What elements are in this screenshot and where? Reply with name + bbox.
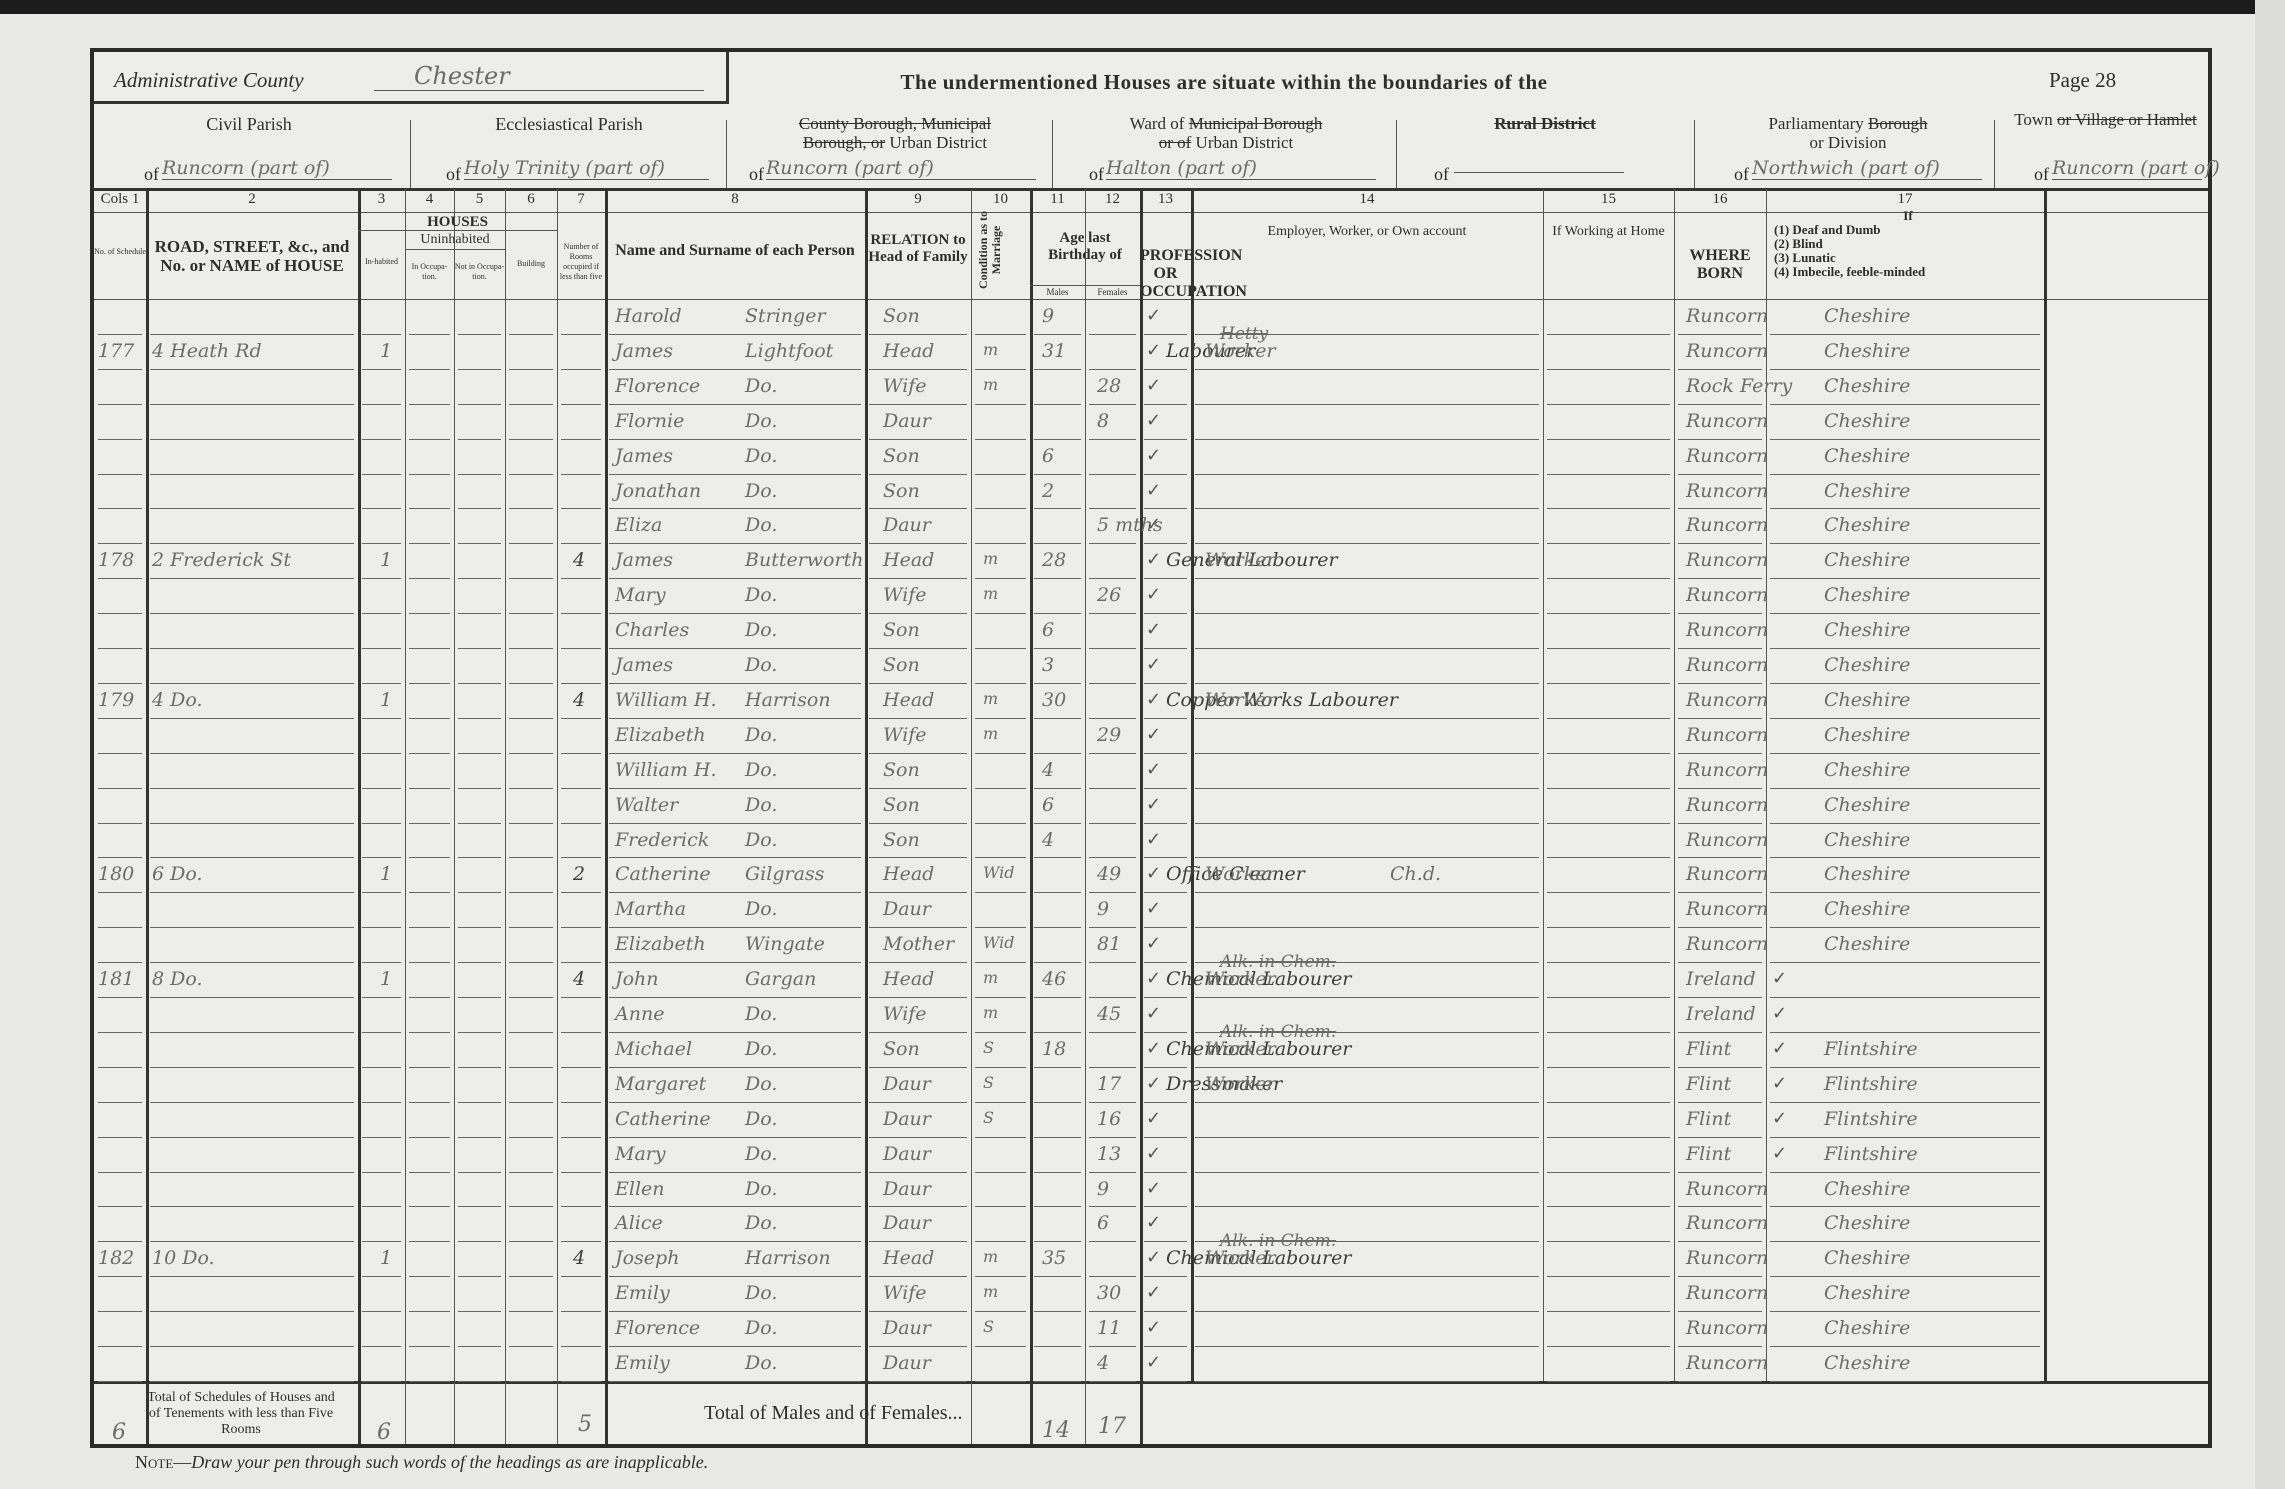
row-divider bbox=[975, 1276, 1026, 1277]
county-borough-value: Runcorn (part of) bbox=[766, 157, 1036, 180]
cell-surname: Do. bbox=[745, 514, 777, 536]
cell-male: 4 bbox=[1042, 759, 1054, 781]
row-divider bbox=[362, 1102, 401, 1103]
cell-cond: m bbox=[983, 549, 998, 568]
cell-infirm: ✓ bbox=[1772, 1143, 1787, 1164]
column-number: 13 bbox=[1140, 191, 1191, 208]
cell-female: 16 bbox=[1097, 1108, 1121, 1130]
header-name: Name and Surname of each Person bbox=[605, 242, 865, 260]
cell-male: 4 bbox=[1042, 829, 1054, 851]
header-road-street: ROAD, STREET, &c., and No. or NAME of HO… bbox=[146, 237, 358, 275]
column-number: 11 bbox=[1030, 191, 1085, 208]
divider bbox=[1994, 120, 1995, 188]
row-divider bbox=[1144, 788, 1187, 789]
tick-icon: ✓ bbox=[1146, 445, 1161, 466]
row-divider bbox=[1770, 1241, 2040, 1242]
row-divider bbox=[150, 962, 354, 963]
row-divider bbox=[362, 474, 401, 475]
row-divider bbox=[1770, 997, 2040, 998]
row-divider bbox=[1678, 404, 1762, 405]
row-divider bbox=[1547, 1346, 1670, 1347]
row-divider bbox=[1678, 892, 1762, 893]
cell-inhab: 1 bbox=[380, 549, 392, 571]
census-form: Administrative County Chester The underm… bbox=[90, 48, 2212, 1448]
cell-name: Mary bbox=[615, 1143, 666, 1165]
cell-male: 28 bbox=[1042, 549, 1066, 571]
cell-relation: Son bbox=[883, 305, 920, 327]
cell-surname: Do. bbox=[745, 654, 777, 676]
cell-sched: 179 bbox=[98, 689, 134, 711]
parliamentary-value: Northwich (part of) bbox=[1752, 157, 1982, 180]
row-divider bbox=[1034, 1137, 1081, 1138]
tick-icon: ✓ bbox=[1146, 654, 1161, 675]
header-age: Age last Birthday of bbox=[1030, 230, 1140, 264]
cell-born_county: Cheshire bbox=[1824, 375, 1910, 397]
row-divider bbox=[869, 1137, 967, 1138]
cell-female: 30 bbox=[1097, 1282, 1121, 1304]
row-divider bbox=[150, 718, 354, 719]
cell-surname: Do. bbox=[745, 1108, 777, 1130]
row-divider bbox=[869, 997, 967, 998]
row-divider bbox=[609, 1241, 861, 1242]
row-divider bbox=[1034, 892, 1081, 893]
row-divider bbox=[1195, 404, 1539, 405]
cell-born_county: Cheshire bbox=[1824, 933, 1910, 955]
cell-surname: Do. bbox=[745, 829, 777, 851]
admin-county-value: Chester bbox=[374, 62, 704, 91]
row-divider bbox=[1770, 474, 2040, 475]
cell-surname: Do. bbox=[745, 619, 777, 641]
cell-born_county: Cheshire bbox=[1824, 898, 1910, 920]
row-divider bbox=[98, 1102, 142, 1103]
cell-born_county: Cheshire bbox=[1824, 514, 1910, 536]
row-divider bbox=[150, 1346, 354, 1347]
ward-label: Ward of Municipal Borough or of Urban Di… bbox=[1056, 114, 1396, 152]
row-divider bbox=[98, 648, 142, 649]
row-divider bbox=[98, 683, 142, 684]
row-divider bbox=[1547, 578, 1670, 579]
row-divider bbox=[1195, 613, 1539, 614]
cell-sched: 180 bbox=[98, 863, 134, 885]
row-divider bbox=[362, 648, 401, 649]
cell-male: 6 bbox=[1042, 619, 1054, 641]
tick-icon: ✓ bbox=[1146, 1247, 1161, 1268]
row-divider bbox=[869, 613, 967, 614]
row-divider bbox=[561, 1381, 601, 1382]
row-divider bbox=[98, 1276, 142, 1277]
row-divider bbox=[1547, 823, 1670, 824]
cell-cond: S bbox=[983, 1073, 994, 1092]
row-divider bbox=[150, 857, 354, 858]
row-divider bbox=[609, 334, 861, 335]
row-divider bbox=[1195, 578, 1539, 579]
divider bbox=[410, 120, 411, 188]
row-divider bbox=[409, 753, 450, 754]
row-divider bbox=[1144, 439, 1187, 440]
row-divider bbox=[561, 997, 601, 998]
tick-icon: ✓ bbox=[1146, 898, 1161, 919]
row-divider bbox=[1034, 334, 1081, 335]
cell-sched: 181 bbox=[98, 968, 134, 990]
row-divider bbox=[458, 1172, 501, 1173]
cell-born_county: Cheshire bbox=[1824, 480, 1910, 502]
row-divider bbox=[561, 1241, 601, 1242]
tick-icon: ✓ bbox=[1146, 863, 1161, 884]
row-divider bbox=[1547, 613, 1670, 614]
division-text: or Division bbox=[1810, 133, 1887, 152]
row-divider bbox=[1089, 1346, 1136, 1347]
cell-address: 2 Frederick St bbox=[152, 549, 291, 571]
cell-born_place: Runcorn bbox=[1686, 794, 1768, 816]
tick-icon: ✓ bbox=[1146, 829, 1161, 850]
row-divider bbox=[1770, 1381, 2040, 1382]
cell-relation: Daur bbox=[883, 1212, 931, 1234]
row-divider bbox=[150, 404, 354, 405]
row-divider bbox=[1195, 997, 1539, 998]
cell-surname: Do. bbox=[745, 1212, 777, 1234]
row-divider bbox=[869, 508, 967, 509]
row-divider bbox=[409, 334, 450, 335]
row-divider bbox=[609, 1172, 861, 1173]
row-divider bbox=[1089, 718, 1136, 719]
row-divider bbox=[98, 474, 142, 475]
row-divider bbox=[609, 718, 861, 719]
cell-name: Walter bbox=[615, 794, 678, 816]
infirmity-item: (4) Imbecile, feeble-minded bbox=[1774, 265, 2042, 279]
row-divider bbox=[869, 962, 967, 963]
row-divider bbox=[1195, 823, 1539, 824]
cell-address: 8 Do. bbox=[152, 968, 203, 990]
row-divider bbox=[150, 578, 354, 579]
row-divider bbox=[609, 474, 861, 475]
row-divider bbox=[609, 683, 861, 684]
cell-infirm: ✓ bbox=[1772, 1038, 1787, 1059]
row-divider bbox=[1144, 1241, 1187, 1242]
row-divider bbox=[1195, 1276, 1539, 1277]
cell-born_place: Runcorn bbox=[1686, 480, 1768, 502]
row-divider bbox=[1770, 857, 2040, 858]
cell-born_county: Cheshire bbox=[1824, 1212, 1910, 1234]
row-divider bbox=[975, 334, 1026, 335]
row-divider bbox=[1195, 718, 1539, 719]
row-divider bbox=[409, 1137, 450, 1138]
row-divider bbox=[509, 927, 553, 928]
row-divider bbox=[458, 508, 501, 509]
row-divider bbox=[409, 648, 450, 649]
tick-icon: ✓ bbox=[1146, 1352, 1161, 1373]
column-number: Cols 1 bbox=[94, 191, 146, 208]
row-divider bbox=[98, 1346, 142, 1347]
county-borough-struck-text-2: Borough, or bbox=[803, 133, 885, 152]
row-divider bbox=[1144, 508, 1187, 509]
cell-born_place: Runcorn bbox=[1686, 863, 1768, 885]
cell-emp: Worker bbox=[1205, 340, 1276, 362]
row-divider bbox=[409, 474, 450, 475]
cell-relation: Wife bbox=[883, 1282, 927, 1304]
cell-born_county: Cheshire bbox=[1824, 619, 1910, 641]
cell-born_county: Cheshire bbox=[1824, 305, 1910, 327]
divider bbox=[1030, 285, 1140, 286]
cell-name: James bbox=[615, 549, 673, 571]
row-divider bbox=[458, 1137, 501, 1138]
row-divider bbox=[975, 997, 1026, 998]
row-divider bbox=[609, 369, 861, 370]
tick-icon: ✓ bbox=[1146, 375, 1161, 396]
row-divider bbox=[1547, 927, 1670, 928]
cell-name: Elizabeth bbox=[615, 724, 706, 746]
row-divider bbox=[1678, 648, 1762, 649]
row-divider bbox=[362, 578, 401, 579]
column-divider bbox=[358, 189, 361, 1444]
row-divider bbox=[975, 1067, 1026, 1068]
cell-occ: Copper Works Labourer bbox=[1166, 689, 1398, 711]
row-divider bbox=[1547, 404, 1670, 405]
column-number: 3 bbox=[358, 191, 405, 208]
row-divider bbox=[1770, 369, 2040, 370]
row-divider bbox=[1089, 927, 1136, 928]
row-divider bbox=[1144, 1102, 1187, 1103]
row-divider bbox=[1547, 1102, 1670, 1103]
cell-cond: m bbox=[983, 375, 998, 394]
row-divider bbox=[869, 1381, 967, 1382]
row-divider bbox=[1144, 1067, 1187, 1068]
cell-surname: Gargan bbox=[745, 968, 816, 990]
cell-born_place: Runcorn bbox=[1686, 549, 1768, 571]
header-females: Females bbox=[1085, 287, 1140, 298]
row-divider bbox=[1089, 892, 1136, 893]
row-divider bbox=[561, 543, 601, 544]
cell-male: 2 bbox=[1042, 480, 1054, 502]
row-divider bbox=[98, 439, 142, 440]
row-divider bbox=[1034, 1311, 1081, 1312]
cell-surname: Do. bbox=[745, 480, 777, 502]
cell-name: Anne bbox=[615, 1003, 664, 1025]
cell-born_place: Runcorn bbox=[1686, 305, 1768, 327]
cell-name: John bbox=[615, 968, 659, 990]
row-divider bbox=[1770, 613, 2040, 614]
row-divider bbox=[362, 1311, 401, 1312]
row-divider bbox=[150, 1276, 354, 1277]
column-number: 4 bbox=[405, 191, 454, 208]
row-divider bbox=[1770, 927, 2040, 928]
cell-female: 29 bbox=[1097, 724, 1121, 746]
totals-inhabited: 6 bbox=[377, 1420, 391, 1445]
row-divider bbox=[409, 543, 450, 544]
row-divider bbox=[1144, 962, 1187, 963]
row-divider bbox=[1547, 962, 1670, 963]
cell-relation: Head bbox=[883, 968, 934, 990]
row-divider bbox=[1547, 1032, 1670, 1033]
row-divider bbox=[98, 718, 142, 719]
row-divider bbox=[609, 1311, 861, 1312]
row-divider bbox=[1144, 927, 1187, 928]
row-divider bbox=[458, 578, 501, 579]
row-divider bbox=[1678, 613, 1762, 614]
row-divider bbox=[1089, 857, 1136, 858]
row-divider bbox=[1089, 823, 1136, 824]
row-divider bbox=[1195, 439, 1539, 440]
row-divider bbox=[1089, 997, 1136, 998]
row-divider bbox=[561, 1276, 601, 1277]
cell-address: 10 Do. bbox=[152, 1247, 215, 1269]
row-divider bbox=[1144, 1276, 1187, 1277]
row-divider bbox=[1547, 369, 1670, 370]
row-divider bbox=[1770, 788, 2040, 789]
row-divider bbox=[150, 369, 354, 370]
cell-name: Margaret bbox=[615, 1073, 706, 1095]
row-divider bbox=[1034, 543, 1081, 544]
cell-name: Charles bbox=[615, 619, 689, 641]
row-divider bbox=[409, 927, 450, 928]
town-value: Runcorn (part of) bbox=[2052, 157, 2202, 180]
row-divider bbox=[362, 1172, 401, 1173]
header-houses: In-habited bbox=[358, 257, 405, 267]
header-occupation: PROFESSION OR OCCUPATION bbox=[1140, 247, 1191, 301]
row-divider bbox=[975, 962, 1026, 963]
column-divider bbox=[1085, 189, 1086, 1444]
divider bbox=[1052, 120, 1053, 188]
row-divider bbox=[1034, 369, 1081, 370]
ward-of: of bbox=[1089, 164, 1104, 185]
cell-rooms: 4 bbox=[573, 549, 585, 571]
row-divider bbox=[975, 1241, 1026, 1242]
infirmity-item: (3) Lunatic bbox=[1774, 251, 2042, 265]
parliamentary-text: Parliamentary bbox=[1768, 114, 1863, 133]
cell-born_place: Ireland bbox=[1686, 1003, 1756, 1025]
cell-born_place: Runcorn bbox=[1686, 1317, 1768, 1339]
cell-relation: Daur bbox=[883, 1143, 931, 1165]
row-divider bbox=[1770, 578, 2040, 579]
row-divider bbox=[1547, 1311, 1670, 1312]
cell-surname: Do. bbox=[745, 1282, 777, 1304]
row-divider bbox=[1144, 648, 1187, 649]
row-divider bbox=[458, 1206, 501, 1207]
row-divider bbox=[362, 788, 401, 789]
cell-name: James bbox=[615, 340, 673, 362]
cell-female: 26 bbox=[1097, 584, 1121, 606]
row-divider bbox=[1770, 334, 2040, 335]
column-number: 7 bbox=[557, 191, 605, 208]
row-divider bbox=[98, 753, 142, 754]
cell-cond: m bbox=[983, 1247, 998, 1266]
row-divider bbox=[458, 927, 501, 928]
row-divider bbox=[458, 1241, 501, 1242]
row-divider bbox=[409, 439, 450, 440]
row-divider bbox=[1144, 823, 1187, 824]
header-houses-group: HOUSES bbox=[358, 214, 557, 231]
row-divider bbox=[1034, 718, 1081, 719]
tick-icon: ✓ bbox=[1146, 619, 1161, 640]
column-number: 2 bbox=[146, 191, 358, 208]
cell-born_place: Runcorn bbox=[1686, 933, 1768, 955]
admin-county-label: Administrative County bbox=[114, 68, 304, 93]
row-divider bbox=[509, 508, 553, 509]
row-divider bbox=[509, 1276, 553, 1277]
cell-cond: m bbox=[983, 1003, 998, 1022]
county-borough-of: of bbox=[749, 164, 764, 185]
row-divider bbox=[609, 543, 861, 544]
header-condition: Condition as to Marriage bbox=[977, 210, 1003, 290]
row-divider bbox=[869, 1172, 967, 1173]
row-divider bbox=[409, 718, 450, 719]
row-divider bbox=[150, 892, 354, 893]
row-divider bbox=[975, 1032, 1026, 1033]
row-divider bbox=[609, 753, 861, 754]
row-divider bbox=[509, 578, 553, 579]
cell-male: 18 bbox=[1042, 1038, 1066, 1060]
cell-name: Catherine bbox=[615, 863, 711, 885]
row-divider bbox=[1547, 683, 1670, 684]
tick-icon: ✓ bbox=[1146, 759, 1161, 780]
cell-born_place: Ireland bbox=[1686, 968, 1756, 990]
row-divider bbox=[975, 369, 1026, 370]
row-divider bbox=[1678, 962, 1762, 963]
row-divider bbox=[1770, 753, 2040, 754]
row-divider bbox=[362, 404, 401, 405]
row-divider bbox=[1770, 648, 2040, 649]
row-divider bbox=[1089, 962, 1136, 963]
row-divider bbox=[150, 1032, 354, 1033]
row-divider bbox=[561, 823, 601, 824]
row-divider bbox=[1770, 1067, 2040, 1068]
header-relation: RELATION to Head of Family bbox=[865, 232, 971, 266]
row-divider bbox=[150, 1172, 354, 1173]
row-divider bbox=[509, 1067, 553, 1068]
ward-value: Halton (part of) bbox=[1106, 157, 1376, 180]
page-number: Page 28 bbox=[2049, 68, 2116, 93]
row-divider bbox=[975, 508, 1026, 509]
row-divider bbox=[409, 1102, 450, 1103]
row-divider bbox=[362, 508, 401, 509]
cell-relation: Mother bbox=[883, 933, 954, 955]
row-divider bbox=[1034, 474, 1081, 475]
cell-born_place: Flint bbox=[1686, 1038, 1731, 1060]
row-divider bbox=[1034, 962, 1081, 963]
row-divider bbox=[1678, 718, 1762, 719]
column-divider bbox=[971, 189, 972, 1444]
row-divider bbox=[1034, 1276, 1081, 1277]
cell-born_county: Cheshire bbox=[1824, 724, 1910, 746]
row-divider bbox=[869, 578, 967, 579]
row-divider bbox=[409, 1346, 450, 1347]
cell-female: 4 bbox=[1097, 1352, 1109, 1374]
row-divider bbox=[1547, 857, 1670, 858]
row-divider bbox=[1195, 683, 1539, 684]
row-divider bbox=[1678, 683, 1762, 684]
row-divider bbox=[1770, 1032, 2040, 1033]
row-divider bbox=[98, 1241, 142, 1242]
cell-emp: Worker bbox=[1205, 549, 1276, 571]
row-divider bbox=[1678, 334, 1762, 335]
cell-rooms: 2 bbox=[573, 863, 585, 885]
row-divider bbox=[1678, 788, 1762, 789]
row-divider bbox=[869, 404, 967, 405]
row-divider bbox=[1547, 892, 1670, 893]
row-divider bbox=[1770, 1172, 2040, 1173]
cell-name: Joseph bbox=[615, 1247, 679, 1269]
cell-rooms: 4 bbox=[573, 968, 585, 990]
row-divider bbox=[1678, 578, 1762, 579]
row-divider bbox=[1195, 857, 1539, 858]
cell-name: Alice bbox=[615, 1212, 663, 1234]
row-divider bbox=[362, 1032, 401, 1033]
town-struck-text: or Village or Hamlet bbox=[2057, 110, 2197, 129]
row-divider bbox=[975, 857, 1026, 858]
header-working-home: If Working at Home bbox=[1543, 224, 1674, 240]
row-divider bbox=[561, 1206, 601, 1207]
column-number: 15 bbox=[1543, 191, 1674, 208]
note-prefix: Note— bbox=[135, 1452, 191, 1472]
